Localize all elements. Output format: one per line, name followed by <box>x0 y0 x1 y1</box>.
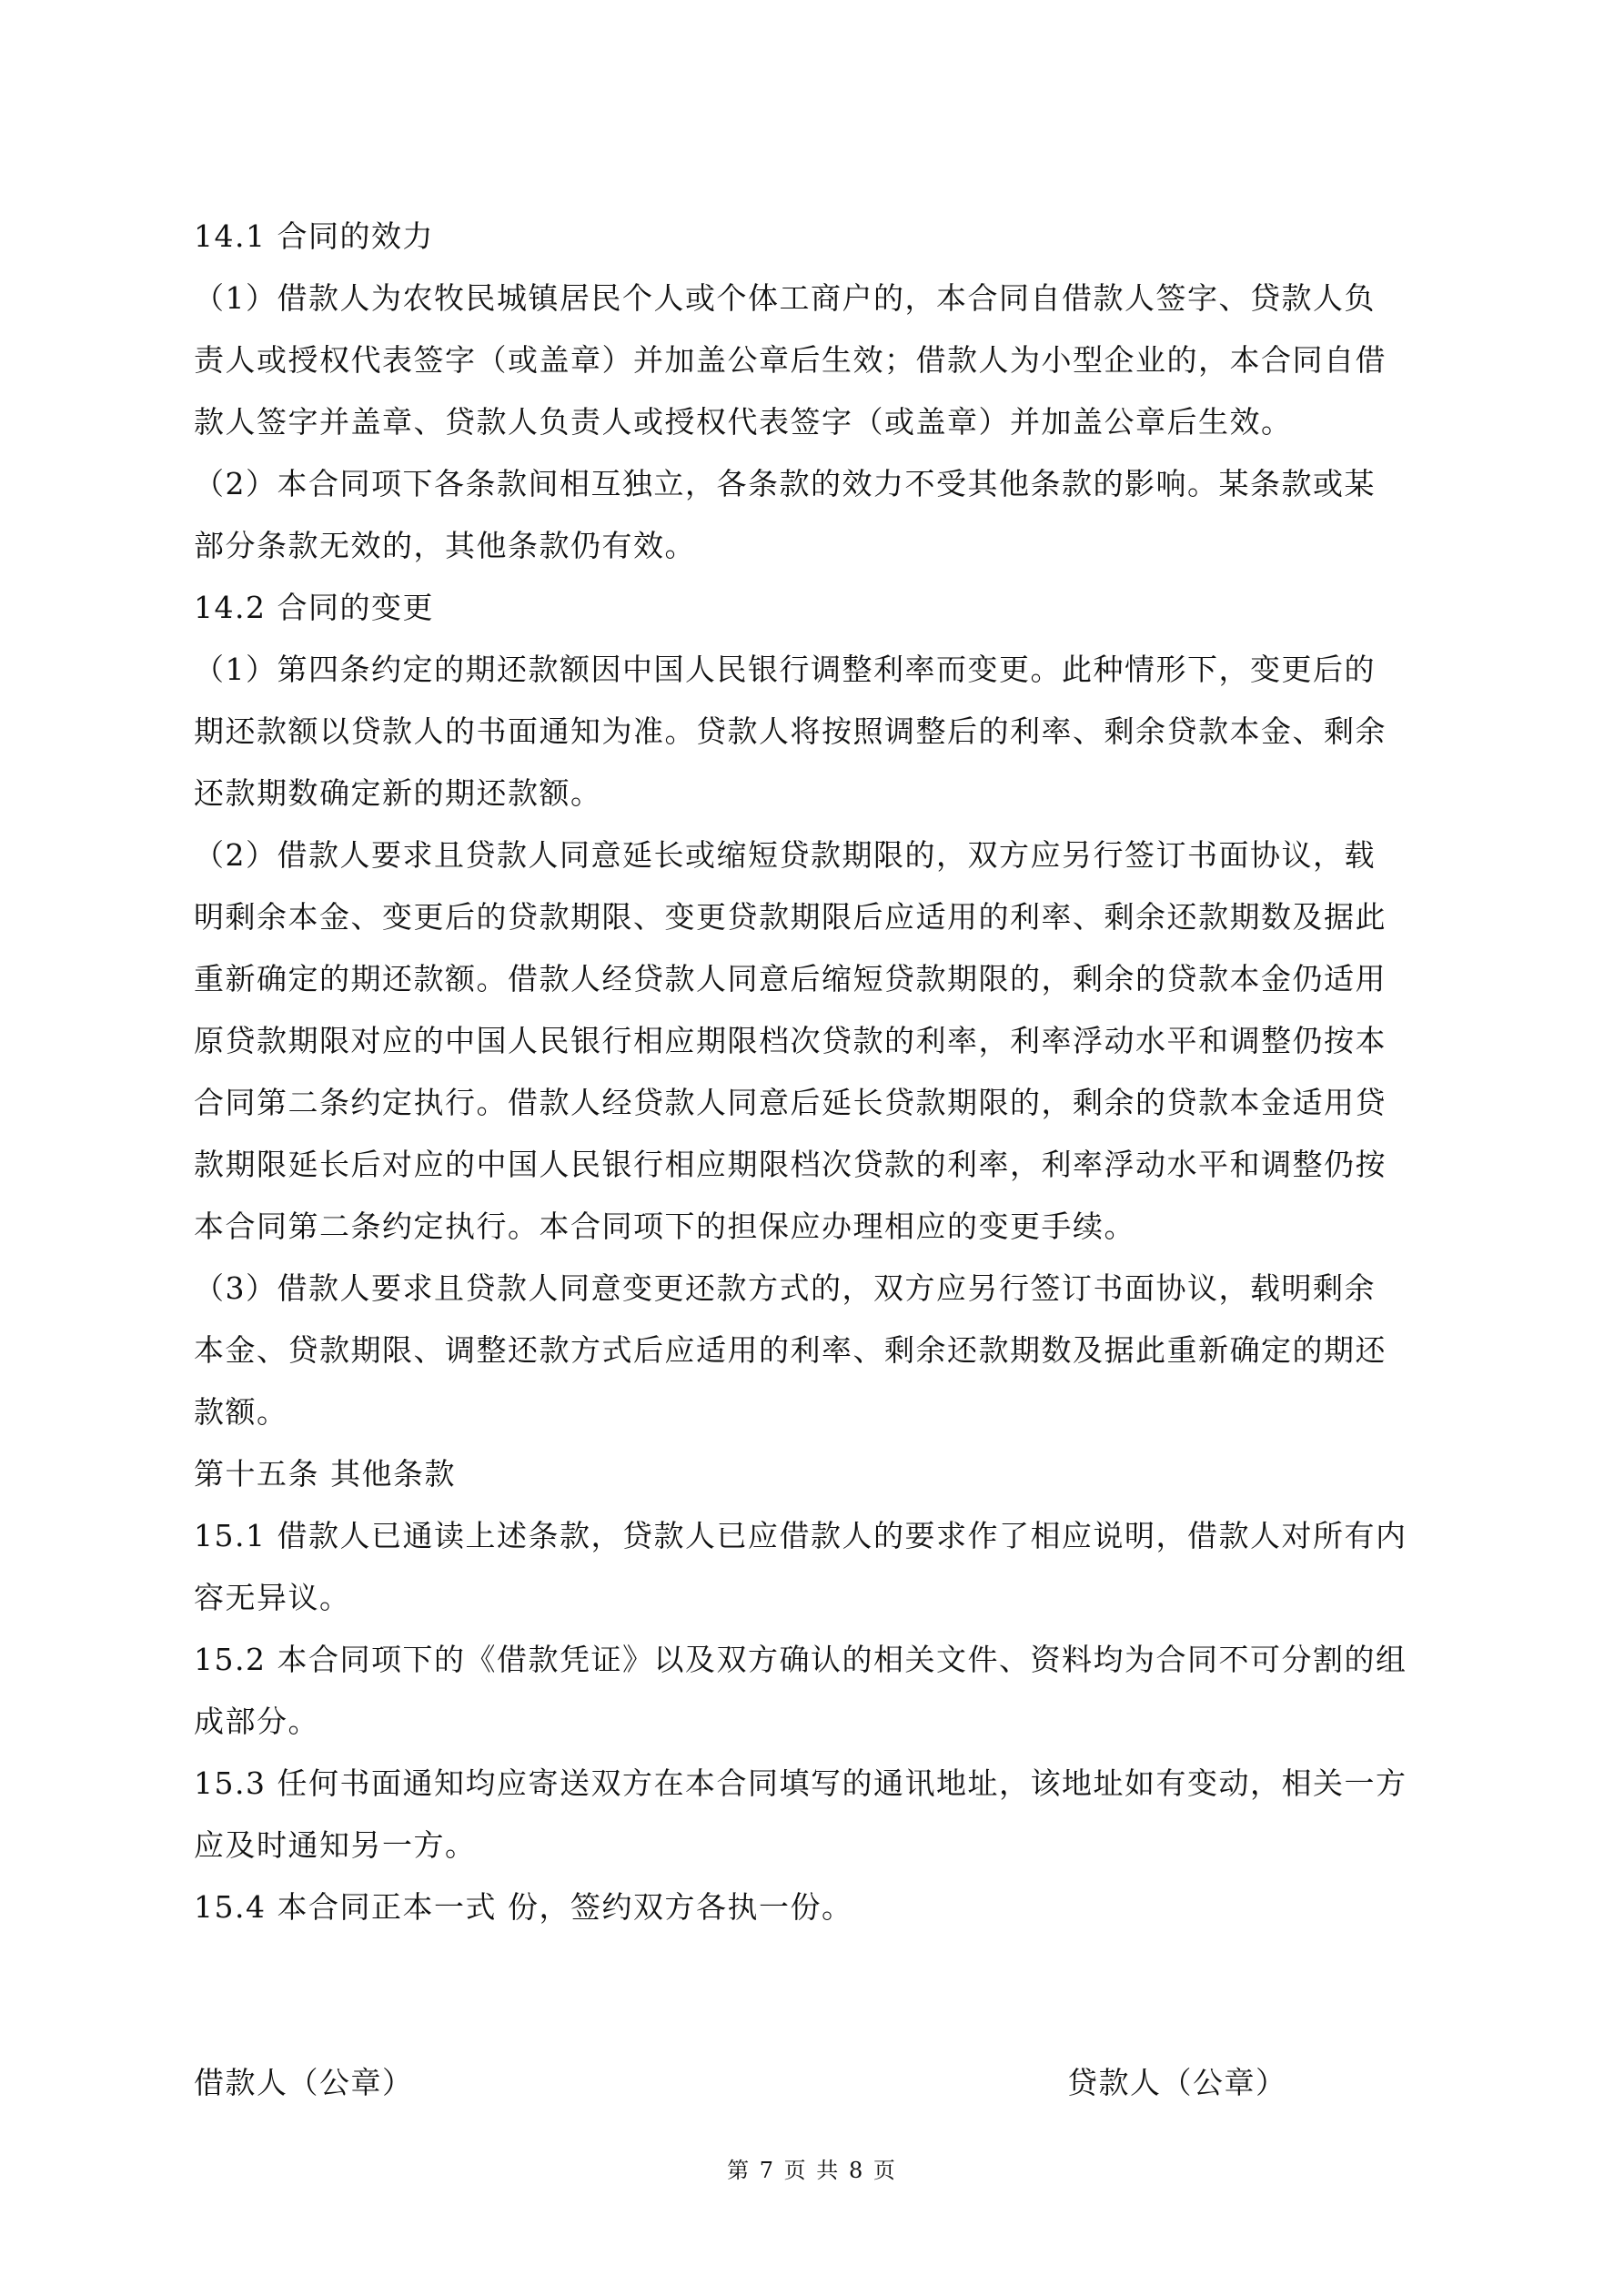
paragraph-line: 应及时通知另一方。 <box>194 1815 1436 1876</box>
clause-15-2: 15.2 本合同项下的《借款凭证》以及双方确认的相关文件、资料均为合同不可分割的… <box>194 1629 1436 1753</box>
clause-14-2-item-2: （2）借款人要求且贷款人同意延长或缩短贷款期限的，双方应另行签订书面协议，载 明… <box>194 824 1436 1258</box>
borrower-seal-label: 借款人（公章） <box>194 2052 414 2114</box>
paragraph-line: 本金、贷款期限、调整还款方式后应适用的利率、剩余还款期数及据此重新确定的期还 <box>194 1320 1436 1381</box>
clause-14-1-item-2: （2）本合同项下各条款间相互独立，各条款的效力不受其他条款的影响。某条款或某 部… <box>194 453 1436 577</box>
clause-14-1-item-1: （1）借款人为农牧民城镇居民个人或个体工商户的，本合同自借款人签字、贷款人负 责… <box>194 268 1436 453</box>
clause-15-1: 15.1 借款人已通读上述条款，贷款人已应借款人的要求作了相应说明，借款人对所有… <box>194 1505 1436 1629</box>
paragraph-line: 合同第二条约定执行。借款人经贷款人同意后延长贷款期限的，剩余的贷款本金适用贷 <box>194 1072 1436 1134</box>
document-page: 14.1 合同的效力 （1）借款人为农牧民城镇居民个人或个体工商户的，本合同自借… <box>0 0 1624 2296</box>
section-heading: 14.2 合同的变更 <box>194 577 1436 639</box>
paragraph-line: 本合同第二条约定执行。本合同项下的担保应办理相应的变更手续。 <box>194 1196 1436 1258</box>
paragraph-line: 15.4 本合同正本一式 份，签约双方各执一份。 <box>194 1876 1436 1938</box>
paragraph-line: （1）借款人为农牧民城镇居民个人或个体工商户的，本合同自借款人签字、贷款人负 <box>194 268 1436 329</box>
paragraph-line: 成部分。 <box>194 1691 1436 1753</box>
paragraph-line: 原贷款期限对应的中国人民银行相应期限档次贷款的利率，利率浮动水平和调整仍按本 <box>194 1010 1436 1072</box>
paragraph-line: 责人或授权代表签字（或盖章）并加盖公章后生效；借款人为小型企业的，本合同自借 <box>194 329 1436 391</box>
paragraph-line: 期还款额以贷款人的书面通知为准。贷款人将按照调整后的利率、剩余贷款本金、剩余 <box>194 701 1436 763</box>
lender-seal-label: 贷款人（公章） <box>1067 2052 1287 2114</box>
signature-block: 借款人（公章） 贷款人（公章） <box>194 2052 1436 2114</box>
paragraph-line: 还款期数确定新的期还款额。 <box>194 763 1436 824</box>
clause-15-4: 15.4 本合同正本一式 份，签约双方各执一份。 <box>194 1876 1436 1938</box>
paragraph-line: 容无异议。 <box>194 1567 1436 1629</box>
page-number-footer: 第 7 页 共 8 页 <box>0 2152 1624 2189</box>
paragraph-line: （2）本合同项下各条款间相互独立，各条款的效力不受其他条款的影响。某条款或某 <box>194 453 1436 515</box>
paragraph-line: 款人签字并盖章、贷款人负责人或授权代表签字（或盖章）并加盖公章后生效。 <box>194 391 1436 453</box>
article-heading: 第十五条 其他条款 <box>194 1443 1436 1505</box>
paragraph-line: 款额。 <box>194 1381 1436 1443</box>
paragraph-line: 15.1 借款人已通读上述条款，贷款人已应借款人的要求作了相应说明，借款人对所有… <box>194 1505 1436 1567</box>
paragraph-line: 部分条款无效的，其他条款仍有效。 <box>194 515 1436 577</box>
paragraph-line: （2）借款人要求且贷款人同意延长或缩短贷款期限的，双方应另行签订书面协议，载 <box>194 824 1436 886</box>
paragraph-line: 款期限延长后对应的中国人民银行相应期限档次贷款的利率，利率浮动水平和调整仍按 <box>194 1134 1436 1196</box>
clause-15-3: 15.3 任何书面通知均应寄送双方在本合同填写的通讯地址，该地址如有变动，相关一… <box>194 1753 1436 1876</box>
paragraph-line: （3）借款人要求且贷款人同意变更还款方式的，双方应另行签订书面协议，载明剩余 <box>194 1258 1436 1320</box>
clause-14-2-heading: 14.2 合同的变更 <box>194 577 1436 639</box>
paragraph-line: （1）第四条约定的期还款额因中国人民银行调整利率而变更。此种情形下，变更后的 <box>194 639 1436 701</box>
document-body: 14.1 合同的效力 （1）借款人为农牧民城镇居民个人或个体工商户的，本合同自借… <box>194 206 1436 1938</box>
paragraph-line: 15.2 本合同项下的《借款凭证》以及双方确认的相关文件、资料均为合同不可分割的… <box>194 1629 1436 1691</box>
paragraph-line: 重新确定的期还款额。借款人经贷款人同意后缩短贷款期限的，剩余的贷款本金仍适用 <box>194 948 1436 1010</box>
paragraph-line: 15.3 任何书面通知均应寄送双方在本合同填写的通讯地址，该地址如有变动，相关一… <box>194 1753 1436 1815</box>
paragraph-line: 明剩余本金、变更后的贷款期限、变更贷款期限后应适用的利率、剩余还款期数及据此 <box>194 886 1436 948</box>
section-heading: 14.1 合同的效力 <box>194 206 1436 268</box>
clause-14-1-heading: 14.1 合同的效力 <box>194 206 1436 268</box>
article-15-heading: 第十五条 其他条款 <box>194 1443 1436 1505</box>
clause-14-2-item-3: （3）借款人要求且贷款人同意变更还款方式的，双方应另行签订书面协议，载明剩余 本… <box>194 1258 1436 1443</box>
clause-14-2-item-1: （1）第四条约定的期还款额因中国人民银行调整利率而变更。此种情形下，变更后的 期… <box>194 639 1436 824</box>
